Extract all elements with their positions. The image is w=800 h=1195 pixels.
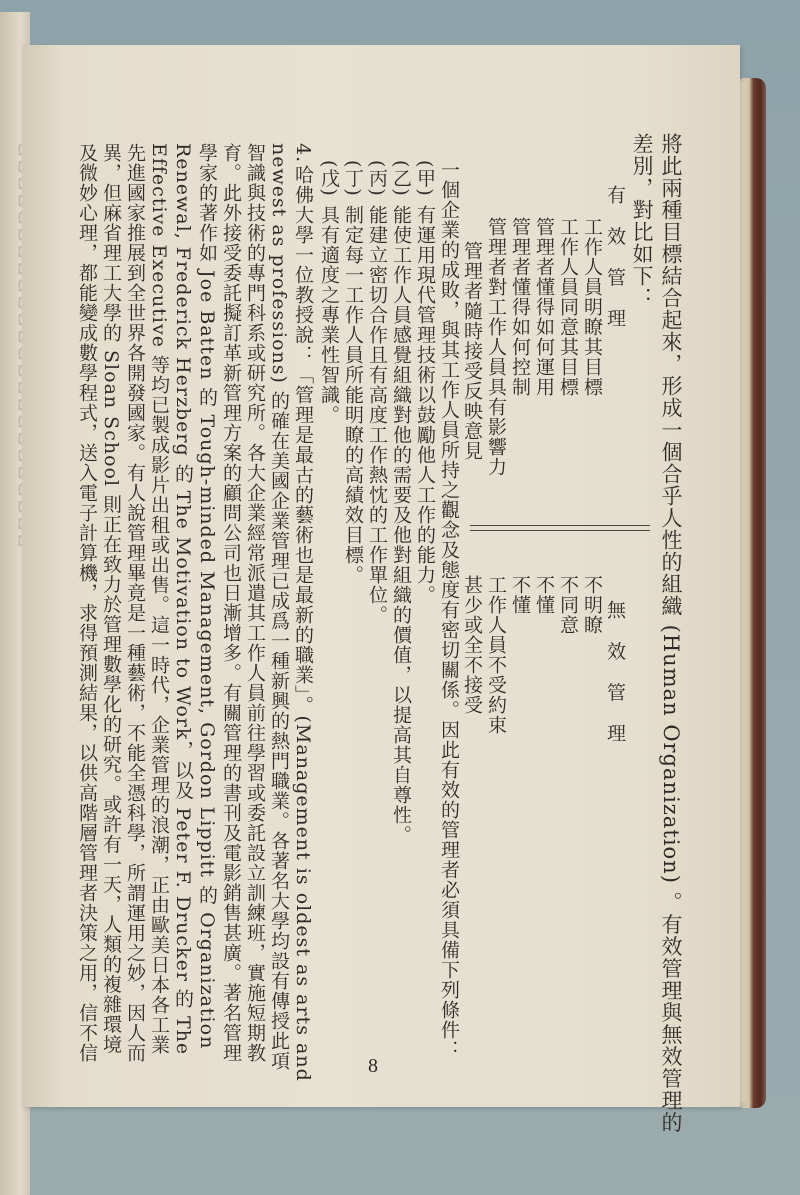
paragraph-4-line: 及微妙心理，都能變成數學程式，送入電子計算機，求得預測結果，以供高階層管理者決策… (72, 143, 102, 1063)
page-number: 8 (368, 1055, 378, 1078)
table-divider-rule (470, 525, 650, 526)
table-divider-rule (470, 530, 650, 531)
book-page: 將此兩種目標結合起來，形成一個合乎人性的組織 (Human Organizati… (22, 45, 740, 1107)
intro-line-1: 將此兩種目標結合起來，形成一個合乎人性的組織 (Human Organizati… (656, 133, 686, 1134)
condition-item-text: 具有適度之專業性智識。 (314, 205, 344, 425)
intro-line-2: 差別，對比如下： (627, 133, 657, 309)
condition-item-label: (戊) (314, 160, 344, 197)
